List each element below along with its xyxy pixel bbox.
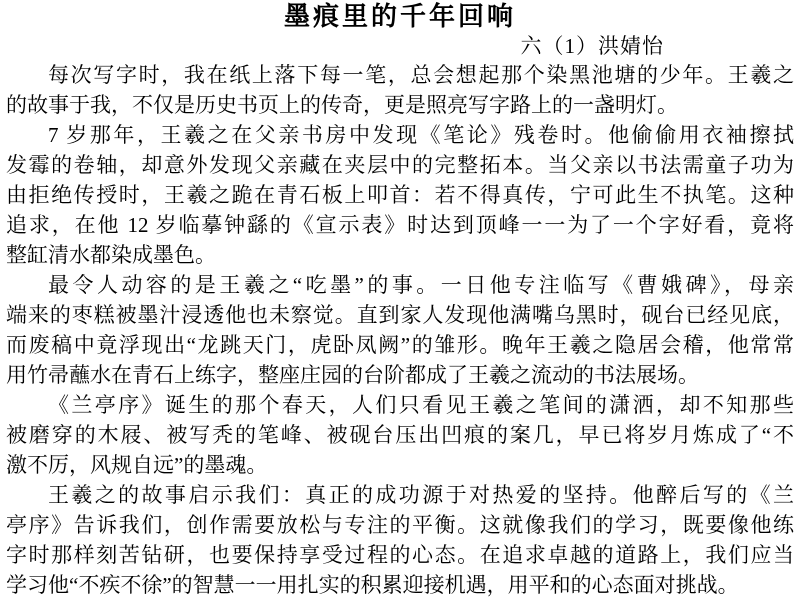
document-body: 每次写字时，我在纸上落下每一笔，总会想起那个染黑池塘的少年。王羲之的故事于我，不… — [6, 60, 794, 600]
text-line: 学习他“不疾不徐”的智慧一一用扎实的积累迎接机遇，用平和的心态面对挑战。 — [6, 570, 794, 600]
text-line: 王羲之的故事启示我们：真正的成功源于对热爱的坚持。他醉后写的《兰 — [6, 480, 794, 510]
document-title: 墨痕里的千年回响 — [6, 2, 794, 32]
text-line: 端来的枣糕被墨汁浸透他也未察觉。直到家人发现他满嘴乌黑时，砚台已经见底， — [6, 300, 794, 330]
text-line: 每次写字时，我在纸上落下每一笔，总会想起那个染黑池塘的少年。王羲之 — [6, 60, 794, 90]
text-line: 亭序》告诉我们，创作需要放松与专注的平衡。这就像我们的学习，既要像他练 — [6, 510, 794, 540]
text-line: 发霉的卷轴，却意外发现父亲藏在夹层中的完整拓本。当父亲以书法需童子功为 — [6, 150, 794, 180]
text-line: 由拒绝传授时，王羲之跪在青石板上叩首：若不得真传，宁可此生不执笔。这种 — [6, 180, 794, 210]
text-line: 用竹帚蘸水在青石上练字，整座庄园的台阶都成了王羲之流动的书法展场。 — [6, 360, 794, 390]
paragraph: 王羲之的故事启示我们：真正的成功源于对热爱的坚持。他醉后写的《兰亭序》告诉我们，… — [6, 480, 794, 600]
text-line: 《兰亭序》诞生的那个春天，人们只看见王羲之笔间的潇洒，却不知那些 — [6, 390, 794, 420]
paragraph: 每次写字时，我在纸上落下每一笔，总会想起那个染黑池塘的少年。王羲之的故事于我，不… — [6, 60, 794, 120]
text-line: 的故事于我，不仅是历史书页上的传奇，更是照亮写字路上的一盏明灯。 — [6, 90, 794, 120]
author-byline: 六（1）洪婧怡 — [6, 32, 794, 60]
paragraph: 7 岁那年，王羲之在父亲书房中发现《笔论》残卷时。他偷偷用衣袖擦拭发霉的卷轴，却… — [6, 120, 794, 270]
paragraph: 《兰亭序》诞生的那个春天，人们只看见王羲之笔间的潇洒，却不知那些被磨穿的木屐、被… — [6, 390, 794, 480]
paragraph: 最令人动容的是王羲之“吃墨”的事。一日他专注临写《曹娥碑》，母亲端来的枣糕被墨汁… — [6, 270, 794, 390]
text-line: 最令人动容的是王羲之“吃墨”的事。一日他专注临写《曹娥碑》，母亲 — [6, 270, 794, 300]
text-line: 7 岁那年，王羲之在父亲书房中发现《笔论》残卷时。他偷偷用衣袖擦拭 — [6, 120, 794, 150]
text-line: 字时那样刻苦钻研，也要保持享受过程的心态。在追求卓越的道路上，我们应当 — [6, 540, 794, 570]
text-line: 而废稿中竟浮现出“龙跳天门，虎卧凤阙”的雏形。晚年王羲之隐居会稽，他常常 — [6, 330, 794, 360]
text-line: 被磨穿的木屐、被写秃的笔峰、被砚台压出凹痕的案几，早已将岁月炼成了“不 — [6, 420, 794, 450]
text-line: 整缸清水都染成墨色。 — [6, 240, 794, 270]
document-page: 墨痕里的千年回响 六（1）洪婧怡 每次写字时，我在纸上落下每一笔，总会想起那个染… — [0, 0, 800, 600]
text-line: 激不厉，风规自远”的墨魂。 — [6, 450, 794, 480]
text-line: 追求，在他 12 岁临摹钟繇的《宣示表》时达到顶峰一一为了一个字好看，竟将 — [6, 210, 794, 240]
